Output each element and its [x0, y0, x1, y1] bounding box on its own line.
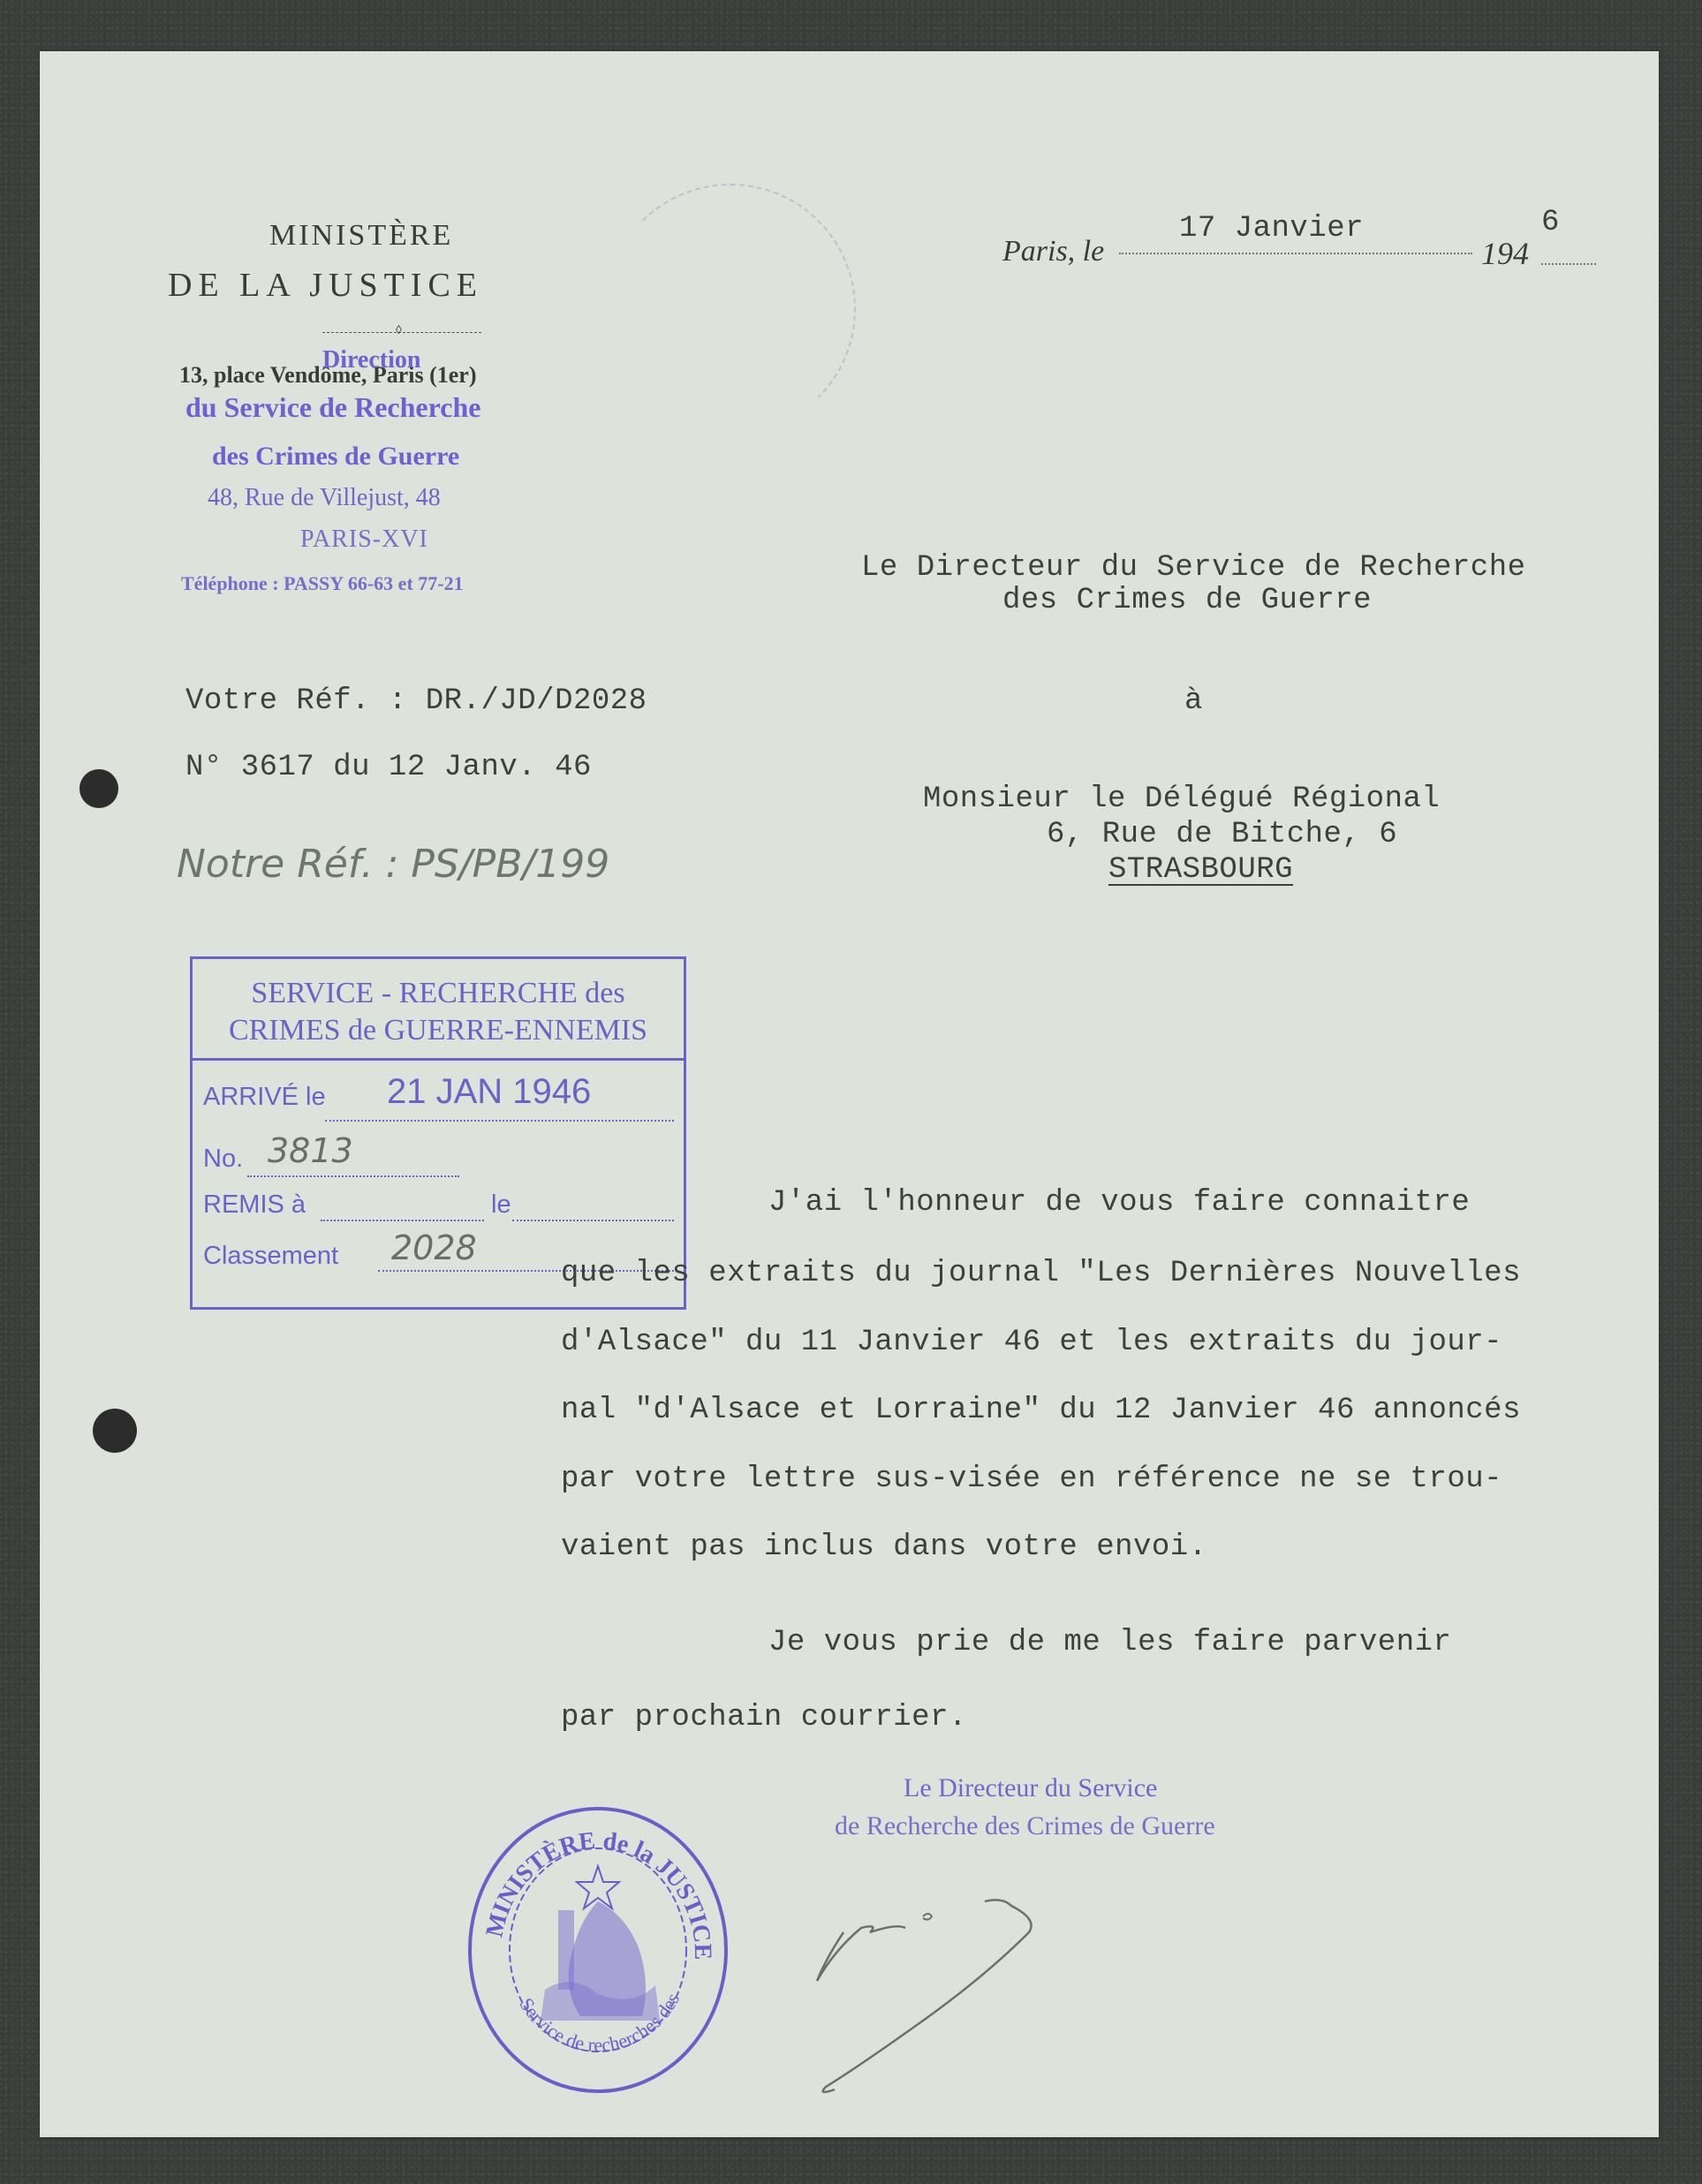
date-year-typed: 6 [1541, 206, 1560, 239]
remis-dotted-line [321, 1220, 484, 1221]
service-stamp-direction: Direction [322, 346, 420, 374]
letterhead-justice: DE LA JUSTICE [168, 266, 483, 305]
service-stamp-line1: du Service de Recherche [185, 391, 480, 424]
faint-postmark [605, 184, 856, 435]
date-year-dotted-line [1541, 263, 1596, 265]
letter-page: MINISTÈRE DE LA JUSTICE ◊ 13, place Vend… [40, 51, 1659, 2137]
number-label: No. [203, 1145, 243, 1174]
recipient-name: Monsieur le Délégué Régional [923, 782, 1440, 816]
remis-le-label: le [491, 1190, 511, 1220]
reception-stamp-header-line1: SERVICE - RECHERCHE des [193, 975, 684, 1012]
classement-handwritten: 2028 [391, 1228, 477, 1267]
hole-punch-bottom [93, 1409, 137, 1453]
body-line: par prochain courrier. [561, 1701, 967, 1734]
hole-punch-top [79, 769, 118, 808]
reception-stamp-header-line2: CRIMES de GUERRE-ENNEMIS [193, 1012, 684, 1049]
date-dotted-line [1119, 253, 1472, 254]
body-line: vaient pas inclus dans votre envoi. [561, 1530, 1207, 1564]
signature-title-line1: Le Directeur du Service [904, 1773, 1157, 1803]
signature-title-line2: de Recherche des Crimes de Guerre [835, 1811, 1215, 1841]
body-line: J'ai l'honneur de vous faire connaitre [768, 1186, 1470, 1220]
arrive-dotted-line [325, 1120, 674, 1122]
service-stamp-line2: des Crimes de Guerre [212, 442, 459, 472]
remis-label: REMIS à [203, 1190, 306, 1220]
reception-stamp-header: SERVICE - RECHERCHE des CRIMES de GUERRE… [193, 975, 684, 1049]
arrive-date-stamp: 21 JAN 1946 [387, 1072, 591, 1112]
reference-number: N° 3617 du 12 Janv. 46 [185, 751, 592, 784]
recipient-connector: à [1184, 684, 1203, 718]
body-line: par votre lettre sus-visée en référence … [561, 1462, 1502, 1496]
service-stamp-address: 48, Rue de Villejust, 48 [208, 484, 441, 512]
sender-line2: des Crimes de Guerre [1002, 584, 1372, 617]
handwritten-signature [808, 1897, 1161, 2100]
body-line: que les extraits du journal "Les Dernièr… [561, 1257, 1521, 1290]
divider-ornament-icon: ◊ [396, 324, 402, 338]
reception-stamp-divider [193, 1058, 684, 1061]
ministry-seal-icon: MINISTÈRE de la JUSTICE - Service de rec… [465, 1804, 730, 2096]
body-line: d'Alsace" du 11 Janvier 46 et les extrai… [561, 1326, 1502, 1359]
date-day-month: 17 Janvier [1179, 212, 1364, 246]
body-line: nal "d'Alsace et Lorraine" du 12 Janvier… [561, 1394, 1521, 1427]
number-handwritten: 3813 [268, 1131, 353, 1170]
recipient-street: 6, Rue de Bitche, 6 [1047, 818, 1397, 851]
service-stamp-phone: Téléphone : PASSY 66-63 et 77-21 [181, 572, 464, 595]
arrive-label: ARRIVÉ le [203, 1083, 326, 1112]
remis-le-dotted-line [512, 1220, 674, 1221]
letterhead-divider [322, 332, 481, 334]
classement-label: Classement [203, 1242, 338, 1271]
number-dotted-line [247, 1175, 459, 1177]
notre-reference-handwritten: Notre Réf. : PS/PB/199 [177, 842, 609, 887]
letterhead-ministere: MINISTÈRE [269, 219, 453, 253]
date-year-printed: 194 [1481, 235, 1529, 272]
service-stamp-city: PARIS-XVI [300, 525, 428, 554]
date-prefix: Paris, le [1002, 235, 1104, 268]
votre-reference: Votre Réf. : DR./JD/D2028 [185, 684, 647, 718]
sender-line1: Le Directeur du Service de Recherche [861, 551, 1526, 585]
body-line: Je vous prie de me les faire parvenir [768, 1626, 1451, 1659]
recipient-city: STRASBOURG [1108, 853, 1293, 887]
